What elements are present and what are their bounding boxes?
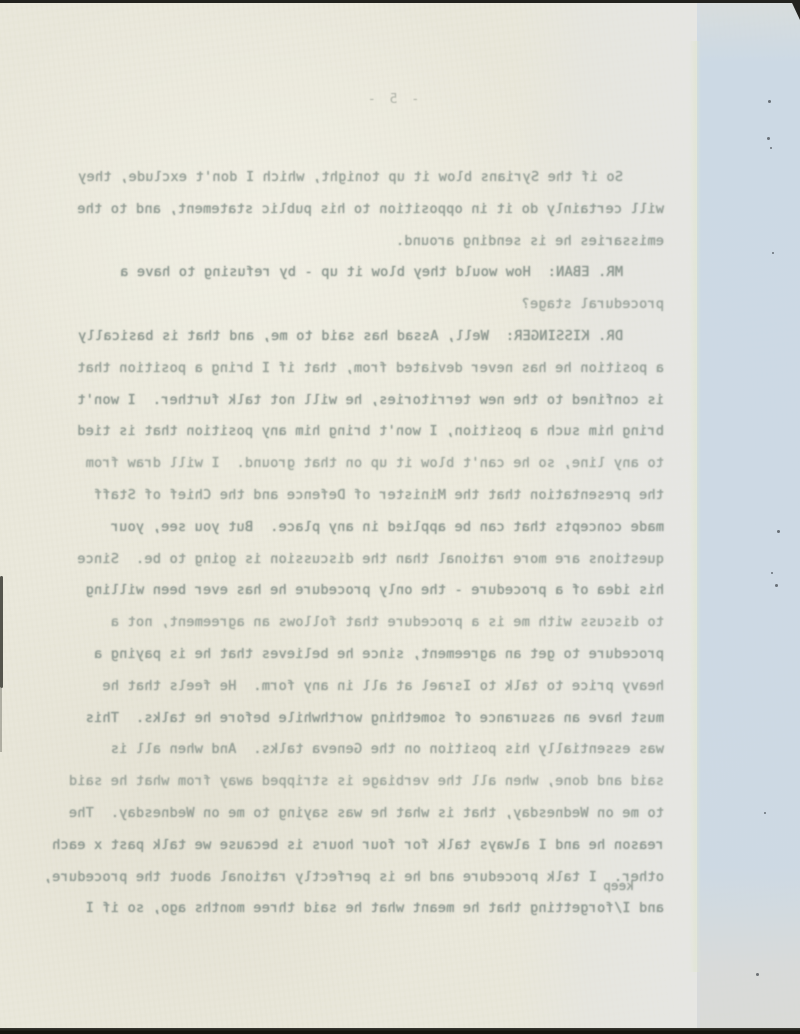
typed-line: was essentially his position on the Gene… [86,734,664,766]
typed-line: a position he has never deviated from, t… [86,353,664,385]
dust-speck [777,530,780,533]
scanned-page: - 5 - keep So if the Syrians blow it up … [0,0,800,1034]
typed-line: is confined to the new territories, he w… [86,385,664,417]
typed-line: DR. KISSINGER: Well, Assad has said to m… [86,321,664,353]
blue-tint-band [697,0,800,1034]
typed-line: said and done, when all the verbiage is … [86,766,664,798]
typed-line: his idea of a procedure - the only proce… [86,575,664,607]
scan-edge-top [0,0,800,3]
dust-speck [764,812,766,814]
scan-edge-left [0,576,3,688]
document-text: keep So if the Syrians blow it up tonigh… [86,162,664,925]
typed-line: MR. EBAN: How would they blow it up - by… [86,257,664,289]
typed-line: procedure to get an agreement, since he … [86,639,664,671]
typed-line: and I/forgetting that he meant what he s… [86,893,664,925]
scan-edge-bottom [0,1028,800,1034]
dust-speck [771,572,773,574]
typed-line: heavy price to talk to Israel at all in … [86,671,664,703]
typed-line: to any line, so he can't blow it up on t… [86,448,664,480]
typed-line: the presentation that the Minister of De… [86,480,664,512]
dust-speck [772,252,774,254]
page-number: - 5 - [352,92,432,107]
typed-line: made concepts that can be applied in any… [86,512,664,544]
typed-line: reason he and I always talk for four hou… [86,830,664,862]
dust-speck [770,147,772,149]
typed-line: other. I talk procedure and he is perfec… [86,862,664,894]
scan-edge-left-faint [0,688,2,752]
typed-line: will certainly do it in opposition to hi… [86,194,664,226]
dust-speck [767,137,770,140]
typed-line: to discuss with me is a procedure that f… [86,607,664,639]
dust-speck [768,100,771,103]
typed-line: So if the Syrians blow it up tonight, wh… [86,162,664,194]
typed-line: emissaries he is sending around. [86,226,664,258]
dust-speck [775,584,778,587]
typed-line: questions are more rational than the dis… [86,544,664,576]
typed-line: bring him such a position, I won't bring… [86,416,664,448]
typed-line: to me on Wednesday, that is what he was … [86,798,664,830]
typed-line: procedural stage? [86,289,664,321]
dust-speck [756,973,759,976]
typed-line: must have an assurance of something wort… [86,703,664,735]
